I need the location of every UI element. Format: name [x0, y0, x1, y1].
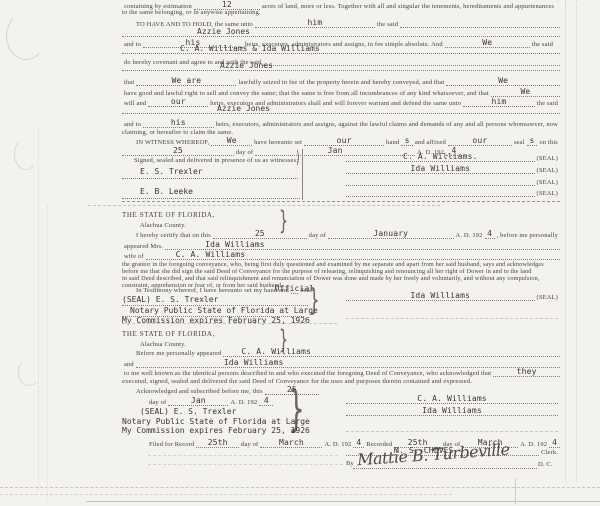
form-printed-text: Acknowledged and subscribed before me, t… — [134, 388, 265, 395]
blank-underline: C. A. Williams. — [346, 151, 535, 162]
form-line: wife ofC. A. Williams — [122, 250, 560, 260]
form-line: to me well known as the identical person… — [122, 367, 560, 377]
blank-underline: they — [493, 366, 560, 377]
form-printed-text: A. D. 192 — [454, 232, 485, 239]
typed-entry: his — [171, 118, 186, 127]
typed-entry: We are — [171, 76, 201, 85]
blank-underline: We are — [136, 75, 236, 86]
typed-entry: Jan — [191, 396, 206, 405]
form-printed-text: , before me personally — [495, 232, 560, 239]
blank-underline: January — [328, 228, 454, 239]
form-printed-text: day of — [147, 399, 168, 406]
form-printed-text: acres of land, more or less. Together wi… — [260, 3, 556, 10]
form-printed-text: to me well known as the identical person… — [122, 370, 493, 377]
blank-underline: Jan — [168, 395, 228, 406]
typed-entry: C. A. Williams — [417, 394, 487, 403]
typed-entry: Notary Public State of Florida at Large — [122, 417, 310, 426]
blank-underline: Ida Williams — [346, 405, 558, 416]
form-printed-text: (SEAL) — [535, 294, 560, 301]
form-printed-text: A. D. 192 — [228, 399, 259, 406]
typed-entry: C. A. Williams & Ida Williams — [180, 44, 320, 53]
dotted-rule — [122, 168, 298, 179]
dotted-rule: C. A. Williams & Ida Williams — [122, 43, 560, 54]
form-printed-text: day of — [239, 441, 260, 448]
form-printed-text: Alachua County. — [140, 222, 186, 229]
dotted-rule — [353, 458, 537, 469]
scan-artifact — [122, 201, 560, 202]
blank-underline: his — [143, 117, 214, 128]
typed-entry: 25th — [208, 438, 228, 447]
typed-entry: Jan — [328, 146, 343, 155]
form-printed-text: seal — [512, 139, 527, 146]
form-printed-text: day of — [234, 149, 255, 156]
blank-underline: C. A. Williams — [146, 249, 560, 260]
scan-artifact — [47, 205, 48, 500]
dotted-rule — [122, 188, 300, 199]
dotted-rule: Azzie Jones — [122, 60, 560, 71]
form-printed-text: on this — [537, 139, 560, 146]
typed-entry: Ida Williams — [410, 164, 470, 173]
typed-entry: Ida Williams — [410, 291, 470, 300]
form-printed-text: that — [122, 79, 136, 86]
blank-underline — [346, 175, 535, 186]
form-printed-text: In Testimony whereof, I have hereunto se… — [134, 287, 291, 294]
scan-artifact — [346, 318, 558, 319]
blank-underline: 25th — [196, 437, 239, 448]
scan-artifact — [148, 464, 343, 465]
form-printed-text: in said Deed described, and that said re… — [122, 275, 540, 282]
form-line: C. A. Williams — [346, 394, 558, 404]
document-page: containing by estimation12acres of land,… — [0, 0, 600, 506]
form-printed-text: (SEAL) — [535, 179, 560, 186]
typed-entry: 4 — [264, 396, 269, 405]
scan-artifact — [576, 0, 577, 482]
typed-entry: s — [405, 136, 410, 145]
form-line: (SEAL) — [346, 187, 560, 197]
typed-entry: C. A. Williams — [241, 347, 311, 356]
form-printed-text: (SEAL) — [535, 167, 560, 174]
typed-entry: (SEAL) E. S. Trexler — [140, 407, 236, 416]
typed-entry: Azzie Jones — [197, 27, 250, 36]
form-line: and tohisheirs, executors, administrator… — [122, 118, 560, 128]
typed-entry: 4 — [487, 229, 492, 238]
form-line: (SEAL) — [346, 176, 560, 186]
form-printed-text: heirs, executors, administrators and ass… — [214, 121, 560, 128]
form-printed-text: (SEAL) — [535, 190, 560, 197]
typed-entry: My Commission expires February 25, 1926 — [122, 426, 310, 435]
form-line: Ida Williams(SEAL) — [346, 164, 560, 174]
blank-underline: March — [260, 437, 322, 448]
scan-artifact — [148, 455, 338, 456]
form-line: In Testimony whereof, I have hereunto se… — [134, 284, 314, 294]
scan-artifact — [0, 494, 452, 495]
blank-underline: 4 — [485, 228, 495, 239]
blank-underline: Ida Williams — [346, 163, 535, 174]
typed-entry: our — [472, 136, 487, 145]
scan-artifact — [302, 149, 303, 200]
form-printed-text: before me that she did sign the said Dee… — [122, 268, 532, 275]
blank-underline — [346, 186, 535, 197]
form-line: I hereby certify that on this25day ofJan… — [134, 229, 560, 239]
form-line: Before me personally appearedC. A. Willi… — [134, 347, 560, 357]
typed-entry: 12 — [222, 0, 232, 9]
form-printed-text: Clerk. — [539, 449, 560, 456]
typed-entry: they — [517, 367, 537, 376]
blank-underline: Official — [291, 283, 298, 294]
typed-entry: C. A. Williams — [176, 250, 246, 259]
blank-underline: s — [527, 135, 538, 146]
form-line: C. A. Williams.(SEAL) — [346, 152, 560, 162]
scan-artifact — [515, 478, 516, 504]
form-printed-text: day of — [307, 232, 328, 239]
blank-underline: 25 — [122, 145, 234, 156]
typed-entry: We — [520, 87, 530, 96]
dotted-rule: Azzie Jones — [122, 103, 560, 114]
dotted-rule — [122, 295, 308, 306]
blank-underline: 25 — [213, 228, 307, 239]
typed-entry: We — [227, 136, 237, 145]
blank-underline: 4 — [259, 395, 273, 406]
typed-entry: Azzie Jones — [220, 61, 273, 70]
scan-artifact — [346, 431, 558, 432]
typed-entry: Azzie Jones — [217, 104, 270, 113]
scan-artifact — [0, 487, 600, 488]
blank-underline: C. A. Williams — [346, 393, 558, 404]
typed-entry: We — [498, 76, 508, 85]
form-printed-text: (SEAL) — [535, 155, 560, 162]
form-line: Ida Williams — [346, 406, 558, 416]
dotted-rule: Azzie Jones — [122, 26, 560, 37]
form-printed-text: wife of — [122, 253, 146, 260]
blank-underline: C. A. Williams — [223, 346, 560, 357]
form-printed-text: lawfully seized in fee of the property h… — [236, 79, 446, 86]
typed-entry: C. A. Williams. — [403, 152, 478, 161]
scan-artifact — [18, 358, 40, 386]
typed-entry: our — [337, 136, 352, 145]
form-line: Ida Williams(SEAL) — [346, 291, 560, 301]
scan-artifact — [6, 12, 46, 60]
scan-artifact — [565, 0, 566, 482]
form-printed-text: Before me personally appeared — [134, 350, 223, 357]
form-printed-text: Filed for Record — [147, 441, 196, 448]
scan-artifact — [122, 323, 337, 324]
typed-entry: Ida Williams — [224, 358, 284, 367]
scan-artifact — [14, 138, 38, 170]
blank-underline: We — [446, 75, 560, 86]
form-printed-text: to the same belonging, or in anywise app… — [122, 9, 261, 16]
blank-underline: Ida Williams — [346, 290, 535, 301]
scan-artifact — [88, 205, 440, 206]
typed-entry: Ida Williams — [422, 406, 482, 415]
form-printed-text: D. C. — [538, 461, 553, 468]
typed-entry: January — [373, 229, 408, 238]
form-printed-text: THE STATE OF FLORIDA, — [122, 330, 215, 338]
form-printed-text: the grantor in the foregoing conveyance,… — [122, 261, 544, 268]
form-printed-text: and to — [122, 121, 143, 128]
scan-artifact — [86, 501, 600, 502]
typed-entry: 25 — [255, 229, 265, 238]
form-printed-text: THE STATE OF FLORIDA, — [122, 211, 215, 219]
form-printed-text: and affixed — [413, 139, 448, 146]
scan-artifact — [38, 130, 39, 490]
form-printed-text: Signed, sealed and delivered in presence… — [134, 157, 298, 164]
typed-entry: 25 — [173, 146, 183, 155]
brace-mark: ) — [296, 150, 300, 167]
form-line: thatWe arelawfully seized in fee of the … — [122, 76, 560, 86]
typed-entry: Ida Williams — [205, 240, 265, 249]
typed-entry: March — [279, 438, 304, 447]
typed-entry: s — [529, 136, 534, 145]
form-printed-text: I hereby certify that on this — [134, 232, 213, 239]
form-line: day ofJanA. D. 1924 — [147, 396, 297, 406]
